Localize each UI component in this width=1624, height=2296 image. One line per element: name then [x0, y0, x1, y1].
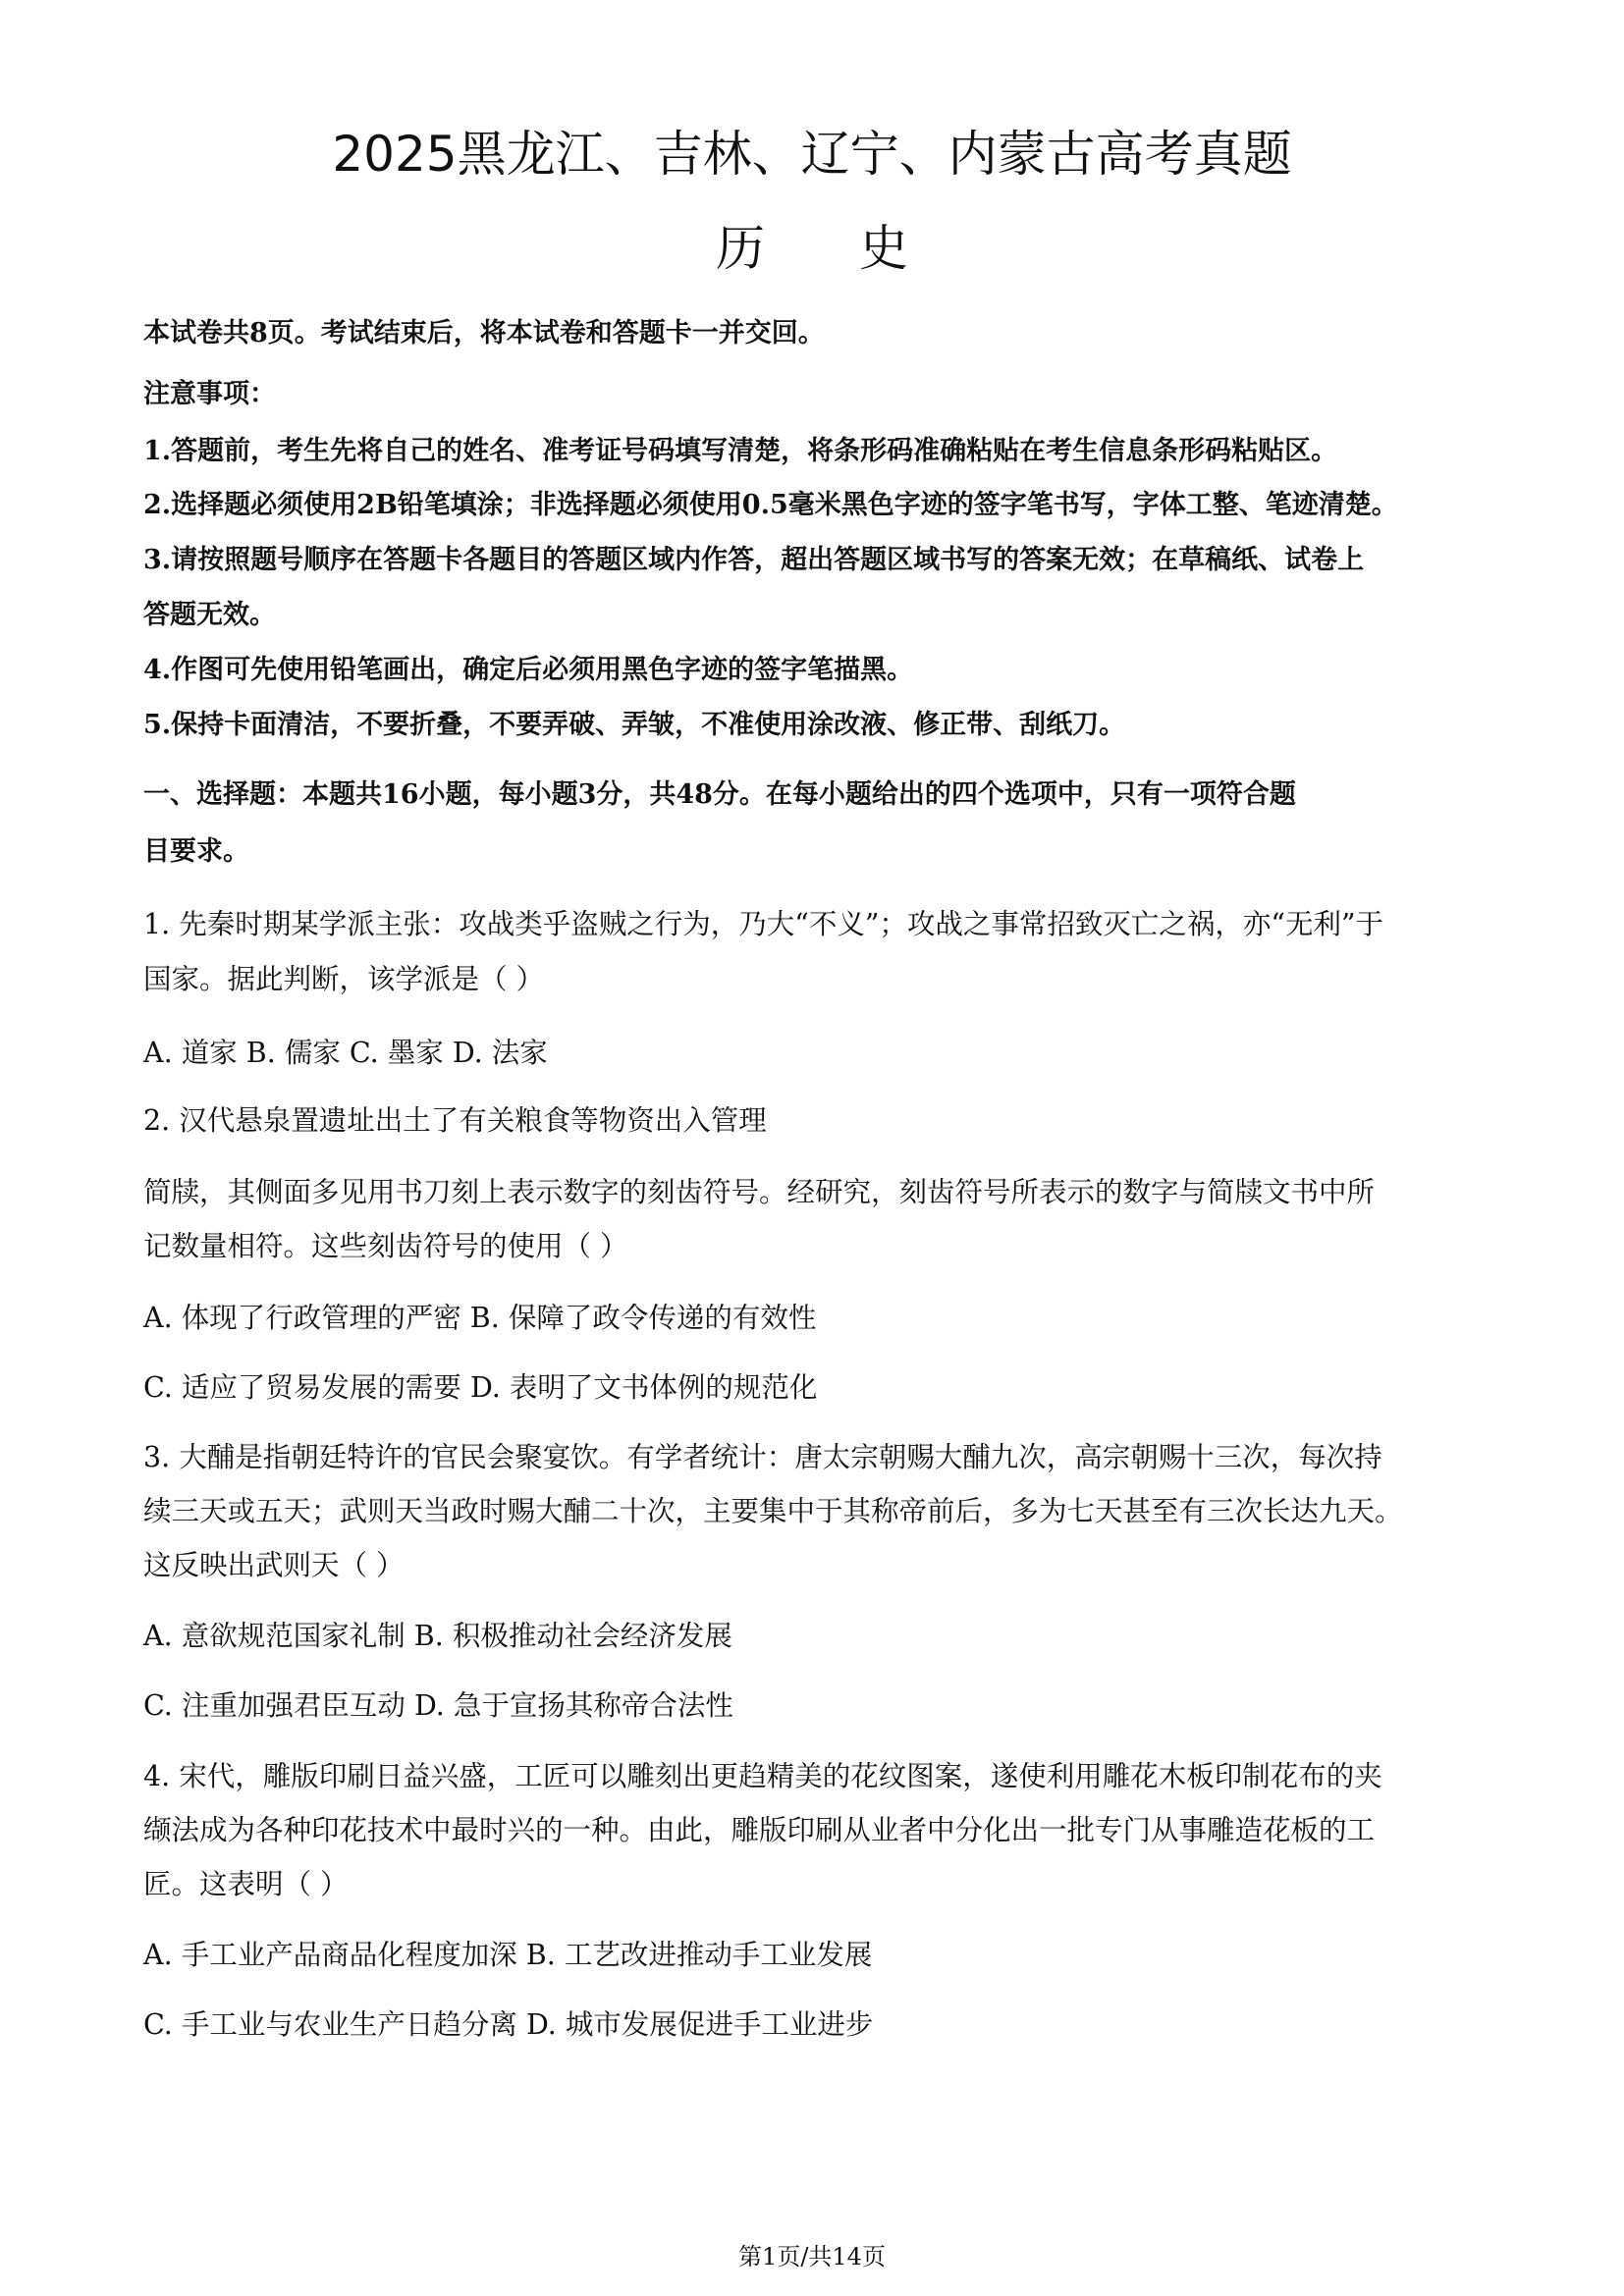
question-1-options: A. 道家 B. 儒家 C. 墨家 D. 法家 — [143, 1034, 548, 1073]
section-heading-continued: 目要求。 — [143, 832, 249, 872]
subject-char: 史 — [859, 214, 908, 283]
exam-page: 2025黑龙江、吉林、辽宁、内蒙古高考真题 历史 本试卷共8页。考试结束后，将本… — [0, 0, 1624, 2296]
notice-heading: 注意事项： — [143, 375, 276, 414]
question-4-stem: 缬法成为各种印花技术中最时兴的一种。由此，雕版印刷从业者中分化出一批专门从事雕造… — [143, 1811, 1375, 1850]
notice-item: 2.选择题必须使用2B铅笔填涂；非选择题必须使用0.5毫米黑色字迹的签字笔书写，… — [143, 486, 1398, 525]
notice-item: 4.作图可先使用铅笔画出，确定后必须用黑色字迹的签字笔描黑。 — [143, 651, 913, 690]
question-3-stem: 续三天或五天；武则天当政时赐大酺二十次，主要集中于其称帝前后，多为七天甚至有三次… — [143, 1492, 1403, 1531]
question-4-stem: 4. 宋代，雕版印刷日益兴盛，工匠可以雕刻出更趋精美的花纹图案，遂使利用雕花木板… — [143, 1757, 1382, 1796]
question-2-stem: 记数量相符。这些刻齿符号的使用（ ） — [143, 1227, 628, 1266]
question-2-stem: 简牍，其侧面多见用书刀刻上表示数字的刻齿符号。经研究，刻齿符号所表示的数字与简牍… — [143, 1173, 1375, 1212]
question-2-stem: 2. 汉代悬泉置遗址出土了有关粮食等物资出入管理 — [143, 1101, 767, 1141]
question-3-stem: 3. 大酺是指朝廷特许的官民会聚宴饮。有学者统计：唐太宗朝赐大酺九次，高宗朝赐十… — [143, 1438, 1382, 1477]
question-4-stem: 匠。这表明（ ） — [143, 1865, 349, 1904]
subject-heading: 历史 — [0, 214, 1624, 283]
question-1-stem: 1. 先秦时期某学派主张：攻战类乎盗贼之行为，乃大“不义”；攻战之事常招致灭亡之… — [143, 905, 1383, 944]
page-number: 第1页/共14页 — [0, 2240, 1624, 2273]
notice-item-continued: 答题无效。 — [143, 596, 276, 635]
question-1-stem: 国家。据此判断，该学派是（ ） — [143, 960, 544, 999]
question-3-stem: 这反映出武则天（ ） — [143, 1546, 405, 1585]
section-heading: 一、选择题：本题共16小题，每小题3分，共48分。在每小题给出的四个选项中，只有… — [143, 775, 1296, 815]
subject-char: 历 — [716, 214, 765, 283]
question-3-options: C. 注重加强君臣互动 D. 急于宣扬其称帝合法性 — [143, 1686, 733, 1726]
question-4-options: C. 手工业与农业生产日趋分离 D. 城市发展促进手工业进步 — [143, 2005, 873, 2045]
question-2-options: C. 适应了贸易发展的需要 D. 表明了文书体例的规范化 — [143, 1368, 817, 1408]
exam-title: 2025黑龙江、吉林、辽宁、内蒙古高考真题 — [0, 120, 1624, 188]
notice-item: 3.请按照题号顺序在答题卡各题目的答题区域内作答，超出答题区域书写的答案无效；在… — [143, 541, 1364, 580]
exam-intro: 本试卷共8页。考试结束后，将本试卷和答题卡一并交回。 — [143, 314, 825, 353]
notice-item: 1.答题前，考生先将自己的姓名、准考证号码填写清楚，将条形码准确粘贴在考生信息条… — [143, 432, 1337, 471]
question-2-options: A. 体现了行政管理的严密 B. 保障了政令传递的有效性 — [143, 1299, 816, 1338]
notice-item: 5.保持卡面清洁，不要折叠，不要弄破、弄皱，不准使用涂改液、修正带、刮纸刀。 — [143, 706, 1125, 745]
question-4-options: A. 手工业产品商品化程度加深 B. 工艺改进推动手工业发展 — [143, 1936, 872, 1975]
question-3-options: A. 意欲规范国家礼制 B. 积极推动社会经济发展 — [143, 1617, 732, 1656]
